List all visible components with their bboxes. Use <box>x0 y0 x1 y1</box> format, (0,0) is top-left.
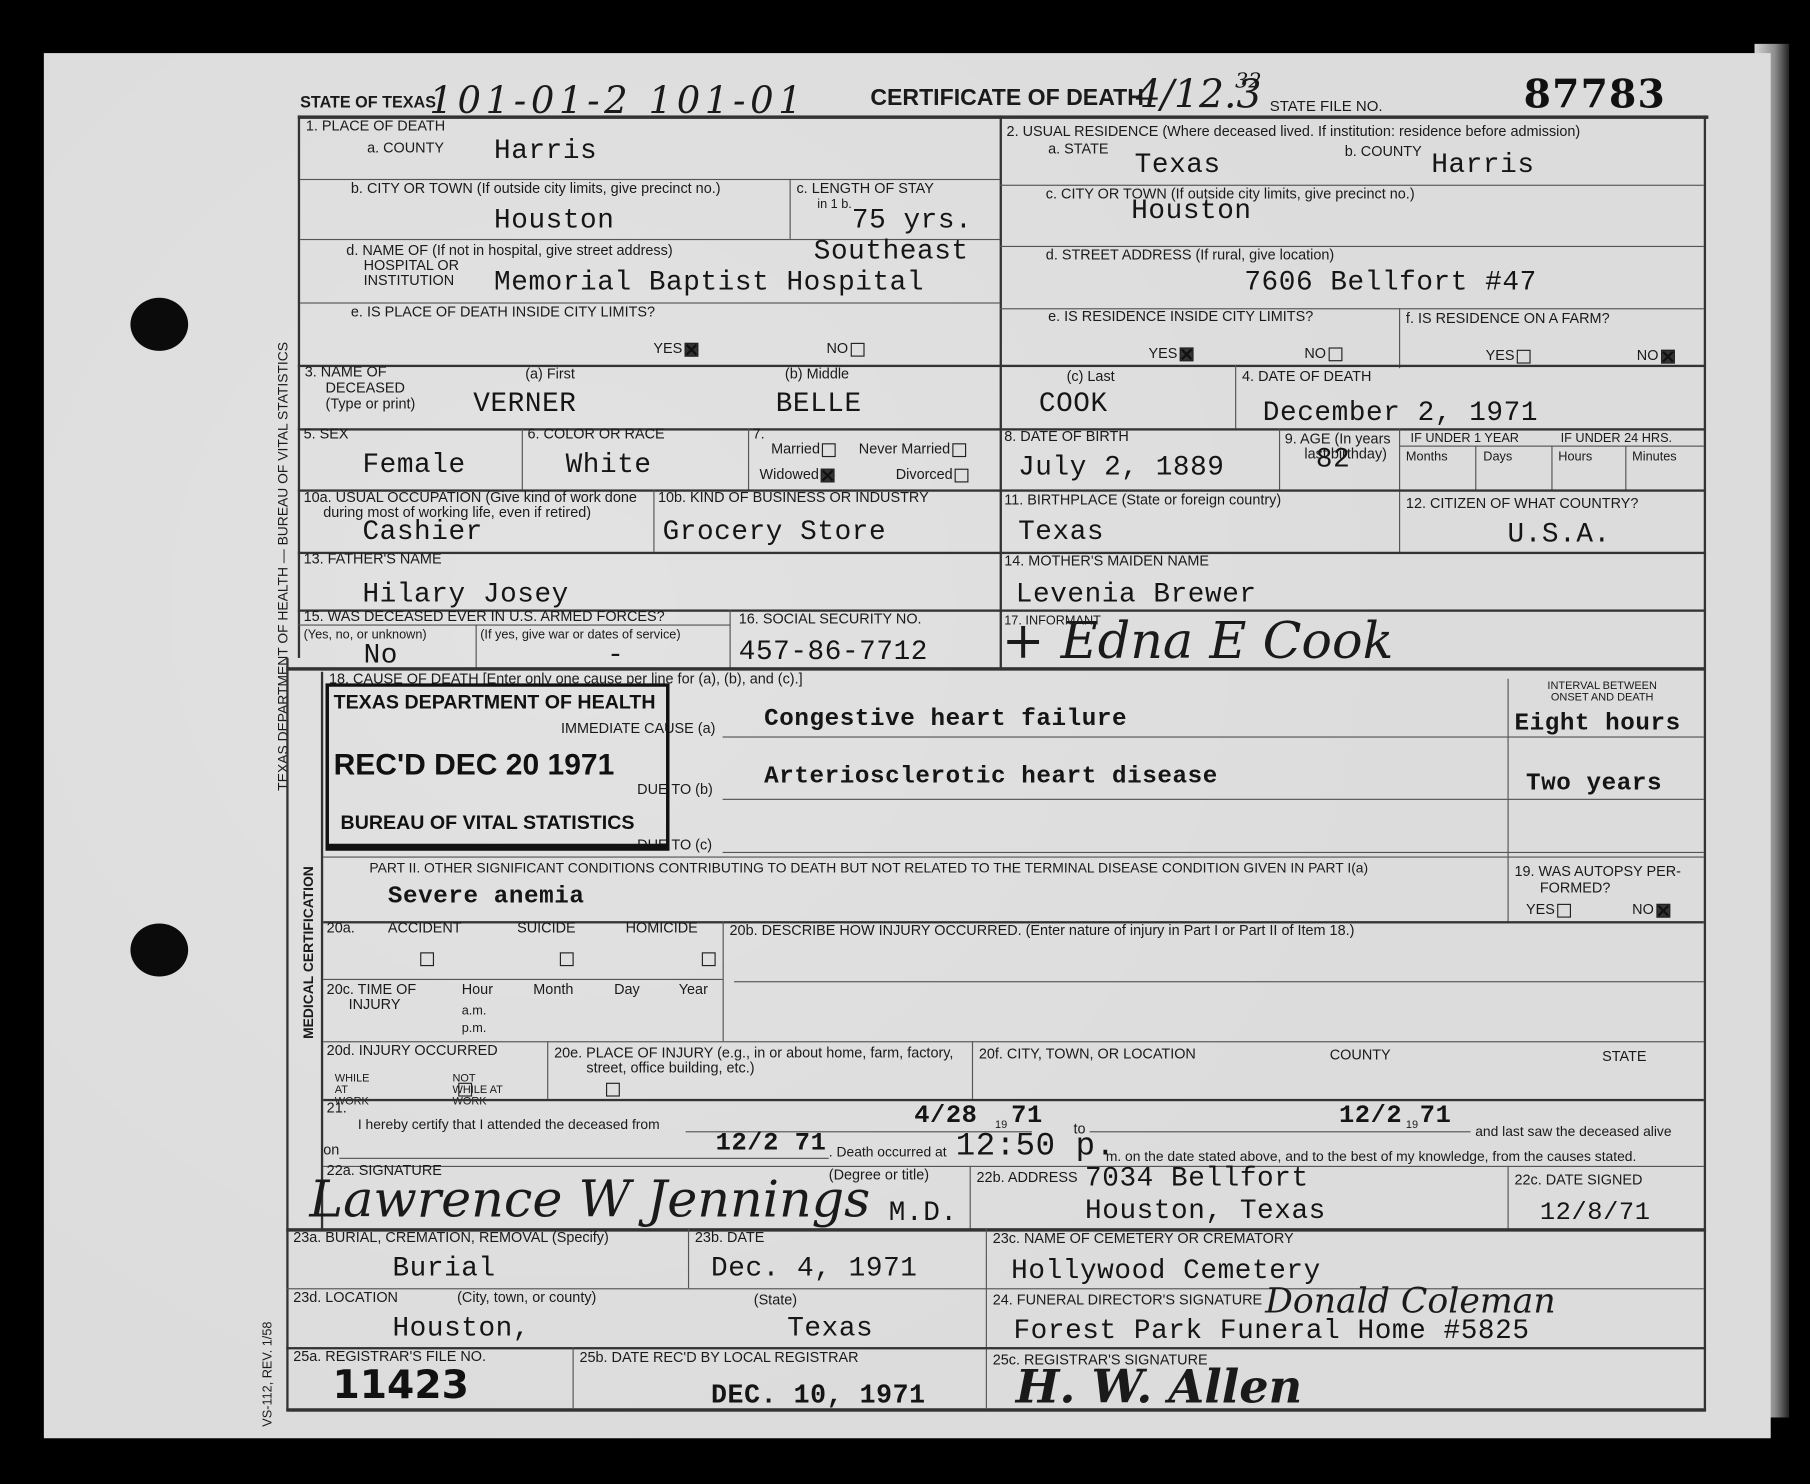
checkbox-checked[interactable] <box>821 468 835 482</box>
marital-label: 7. <box>753 427 765 442</box>
disposition-method-label: 23a. BURIAL, CREMATION, REMOVAL (Specify… <box>293 1230 609 1245</box>
physician-address-2: Houston, Texas <box>1085 1196 1326 1227</box>
rule <box>547 1041 548 1099</box>
dob-label: 8. DATE OF BIRTH <box>1004 429 1129 444</box>
injury-e-label-2: street, office building, etc.) <box>586 1061 754 1076</box>
no-label: NO <box>826 341 848 357</box>
length-of-stay-label: c. LENGTH OF STAY <box>796 181 933 196</box>
physician-degree: M.D. <box>889 1198 958 1229</box>
name-label-2: DECEASED <box>326 381 405 396</box>
injury-f-label: 20f. CITY, TOWN, OR LOCATION <box>979 1047 1196 1062</box>
checkbox[interactable] <box>1557 903 1571 917</box>
occupation: Cashier <box>362 517 482 548</box>
frame-left <box>298 115 300 658</box>
res-county-label: b. COUNTY <box>1345 144 1422 159</box>
race-label: 6. COLOR OR RACE <box>528 427 665 442</box>
last-name-label: (c) Last <box>1067 369 1115 384</box>
death-inside-limits-label: e. IS PLACE OF DEATH INSIDE CITY LIMITS? <box>351 305 655 320</box>
days-label: Days <box>1483 450 1512 465</box>
checkbox[interactable] <box>822 443 836 457</box>
res-farm-label: f. IS RESIDENCE ON A FARM? <box>1406 312 1610 327</box>
birthplace-label: 11. BIRTHPLACE (State or foreign country… <box>1004 493 1281 508</box>
rule <box>323 1166 1704 1167</box>
rule <box>298 428 1706 430</box>
checkbox-checked[interactable] <box>685 342 699 356</box>
rule <box>723 736 1704 737</box>
rule <box>1551 446 1552 491</box>
res-street-label: d. STREET ADDRESS (If rural, give locati… <box>1046 248 1334 263</box>
rule <box>748 428 749 490</box>
under-24-hrs-label: IF UNDER 24 HRS. <box>1561 432 1672 447</box>
physician-signature: Lawrence W Jennings <box>309 1170 870 1229</box>
death-city: Houston <box>494 205 614 236</box>
rule <box>1235 365 1236 430</box>
hospital-name-line1: Southeast <box>814 237 969 268</box>
year-label: Year <box>679 982 708 997</box>
rule <box>1508 1166 1509 1231</box>
injury-state-label: STATE <box>1602 1049 1646 1064</box>
married-label: Married <box>771 441 820 457</box>
handwritten-superscript: 32 <box>1235 69 1261 93</box>
pm-label: p.m. <box>462 1022 487 1037</box>
rule <box>986 1228 987 1408</box>
name-label-3: (Type or print) <box>326 397 416 412</box>
rule <box>1279 428 1280 490</box>
am-label: a.m. <box>462 1004 487 1019</box>
disposition-method: Burial <box>392 1254 495 1285</box>
cert-text-2: and last saw the deceased alive <box>1475 1124 1671 1139</box>
rule <box>298 552 1706 554</box>
rule <box>323 979 722 980</box>
death-time: 12:50 p. <box>956 1129 1116 1165</box>
homicide-checkbox[interactable] <box>702 952 716 966</box>
injury-d-label: 20d. INJURY OCCURRED <box>327 1043 498 1058</box>
citizen: U.S.A. <box>1508 519 1611 550</box>
state-file-number: 87783 <box>1524 72 1666 118</box>
registrar-signature: H. W. Allen <box>1016 1360 1302 1414</box>
rule <box>323 856 1704 857</box>
stay-sub-label: in 1 b. <box>817 197 852 212</box>
physician-address-1: 7034 Bellfort <box>1085 1164 1309 1195</box>
due-to-b: Arteriosclerotic heart disease <box>764 764 1218 791</box>
state-label: STATE OF TEXAS <box>300 95 436 110</box>
citizen-label: 12. CITIZEN OF WHAT COUNTRY? <box>1406 496 1639 511</box>
father-name: Hilary Josey <box>362 579 568 610</box>
rule <box>972 1041 973 1099</box>
autopsy-label-2: FORMED? <box>1540 881 1611 896</box>
state-sub-label: (State) <box>754 1293 797 1308</box>
stamp-bureau: BUREAU OF VITAL STATISTICS <box>341 811 635 834</box>
attended-from-year: 71 <box>1011 1101 1043 1130</box>
no-label: NO <box>1637 347 1659 363</box>
rule <box>298 624 730 625</box>
res-farm-yes[interactable]: YES <box>1486 349 1531 364</box>
rule <box>688 1228 689 1288</box>
interval-a: Eight hours <box>1514 711 1680 738</box>
sex: Female <box>362 450 465 481</box>
res-state: Texas <box>1135 150 1221 181</box>
injury-a-label: 20a. <box>327 921 355 936</box>
disposition-date-label: 23b. DATE <box>695 1230 765 1245</box>
sex-label: 5. SEX <box>304 427 349 442</box>
res-state-label: a. STATE <box>1048 142 1108 157</box>
birthplace: Texas <box>1018 517 1104 548</box>
physician-address-label: 22b. ADDRESS <box>977 1170 1078 1185</box>
attended-from-date: 4/28 <box>914 1101 977 1130</box>
res-farm-no[interactable]: NO <box>1637 349 1675 364</box>
minutes-label: Minutes <box>1632 450 1676 465</box>
date-signed: 12/8/71 <box>1540 1198 1651 1227</box>
interval-label: INTERVAL BETWEEN ONSET AND DEATH <box>1547 681 1658 704</box>
ssn-label: 16. SOCIAL SECURITY NO. <box>739 612 922 627</box>
hospital-name-line2: Memorial Baptist Hospital <box>494 268 924 299</box>
rule <box>1508 679 1509 924</box>
mother-label: 14. MOTHER'S MAIDEN NAME <box>1004 554 1209 569</box>
res-inside-yes[interactable]: YES <box>1149 346 1194 361</box>
date-signed-label: 22c. DATE SIGNED <box>1514 1173 1642 1188</box>
divorced-option[interactable]: Divorced <box>896 467 969 482</box>
age: 82 <box>1316 444 1350 475</box>
father-label: 13. FATHER'S NAME <box>304 552 442 567</box>
rule <box>298 365 1706 367</box>
rule <box>653 489 654 551</box>
middle-name-label: (b) Middle <box>785 367 849 382</box>
location-city: Houston, <box>392 1314 530 1345</box>
never-married-option[interactable]: Never Married <box>859 442 967 457</box>
last-name: COOK <box>1039 389 1108 420</box>
residence-label: 2. USUAL RESIDENCE (Where deceased lived… <box>1007 125 1581 140</box>
yes-label: YES <box>653 341 682 357</box>
stamp-date: REC'D DEC 20 1971 <box>334 747 615 783</box>
part-2-label: PART II. OTHER SIGNIFICANT CONDITIONS CO… <box>369 861 1368 876</box>
hour-label: Hour <box>462 982 493 997</box>
no-label: NO <box>1304 345 1326 361</box>
immediate-cause: Congestive heart failure <box>764 706 1127 733</box>
year-prefix: 19 <box>1406 1120 1418 1132</box>
checkbox-checked[interactable] <box>1180 347 1194 361</box>
mother-name: Levenia Brewer <box>1016 579 1257 610</box>
day-label: Day <box>614 982 640 997</box>
state-file-label: STATE FILE NO. <box>1270 98 1383 113</box>
date-of-death-label: 4. DATE OF DEATH <box>1242 369 1371 384</box>
checkbox-checked[interactable] <box>1656 903 1670 917</box>
autopsy-yes[interactable]: YES <box>1526 903 1571 918</box>
ssn: 457-86-7712 <box>739 637 928 668</box>
res-county: Harris <box>1431 150 1534 181</box>
rule <box>734 981 1704 982</box>
armed-sub-label-2: (If yes, give war or dates of service) <box>480 628 680 643</box>
frame-bottom <box>286 1408 1706 1411</box>
rule <box>522 428 523 490</box>
form-revision: VS-112, REV. 1/58 <box>261 1322 275 1427</box>
death-inside-yes[interactable]: YES <box>653 342 698 357</box>
res-city: Houston <box>1131 196 1251 227</box>
injury-e-label: 20e. PLACE OF INJURY (e.g., in or about … <box>554 1046 953 1061</box>
death-county: Harris <box>494 136 597 167</box>
checkbox-checked[interactable] <box>1661 349 1675 363</box>
injury-c-label: 20c. TIME OF <box>327 982 417 997</box>
yes-label: YES <box>1486 347 1515 363</box>
punch-hole <box>130 298 188 351</box>
res-inside-limits-label: e. IS RESIDENCE INSIDE CITY LIMITS? <box>1048 309 1313 324</box>
stamp-dept: TEXAS DEPARTMENT OF HEALTH <box>334 691 656 714</box>
checkbox[interactable] <box>955 468 969 482</box>
medical-certification-label: MEDICAL CERTIFICATION <box>300 866 316 1039</box>
hospital-label-2: HOSPITAL OR <box>364 259 459 274</box>
last-seen-date: 12/2 71 <box>716 1129 827 1158</box>
armed-forces-label: 15. WAS DECEASED EVER IN U.S. ARMED FORC… <box>304 609 665 624</box>
res-street: 7606 Bellfort #47 <box>1244 268 1536 299</box>
not-while-at-work-checkbox[interactable] <box>606 1082 620 1096</box>
first-name-label: (a) First <box>525 367 575 382</box>
informant-signature: + Edna E Cook <box>1002 612 1393 671</box>
homicide-label: HOMICIDE <box>626 921 698 936</box>
business-label: 10b. KIND OF BUSINESS OR INDUSTRY <box>658 491 929 506</box>
widowed-option[interactable]: Widowed <box>760 467 836 482</box>
occupation-label: 10a. USUAL OCCUPATION (Give kind of work… <box>304 491 637 506</box>
suicide-checkbox[interactable] <box>560 952 574 966</box>
no-label: NO <box>1632 902 1654 918</box>
middle-name: BELLE <box>776 389 862 420</box>
checkbox[interactable] <box>850 342 864 356</box>
date-of-birth: July 2, 1889 <box>1018 452 1224 483</box>
col-divider <box>1000 115 1002 669</box>
months-label: Months <box>1406 450 1448 465</box>
rule <box>1625 446 1626 491</box>
location-label: 23d. LOCATION <box>293 1291 398 1306</box>
location-state: Texas <box>787 1314 873 1345</box>
rule <box>1090 1131 1471 1132</box>
res-inside-no[interactable]: NO <box>1304 346 1342 361</box>
frame-left-lower <box>286 658 288 1411</box>
race: White <box>566 450 652 481</box>
attended-to-year: 71 <box>1420 1101 1452 1130</box>
name-label: 3. NAME OF <box>305 365 387 380</box>
cemetery-label: 23c. NAME OF CEMETERY OR CREMATORY <box>993 1232 1294 1247</box>
rule <box>339 1158 828 1159</box>
received-stamp: TEXAS DEPARTMENT OF HEALTH REC'D DEC 20 … <box>326 683 670 850</box>
accident-checkbox[interactable] <box>420 952 434 966</box>
month-label: Month <box>533 982 573 997</box>
length-of-stay: 75 yrs. <box>852 205 972 236</box>
punch-hole <box>130 923 188 976</box>
date-of-death: December 2, 1971 <box>1263 398 1538 429</box>
cert-text-1: I hereby certify that I attended the dec… <box>358 1117 660 1132</box>
checkbox[interactable] <box>953 443 967 457</box>
death-inside-no[interactable]: NO <box>826 342 864 357</box>
death-occurred-label: . Death occurred at <box>829 1145 947 1160</box>
part-2-conditions: Severe anemia <box>388 884 585 911</box>
autopsy-label: 19. WAS AUTOPSY PER- <box>1514 865 1681 880</box>
injury-county-label: COUNTY <box>1330 1048 1391 1063</box>
accident-label: ACCIDENT <box>388 921 462 936</box>
cert-text-3: m. on the date stated above, and to the … <box>1106 1150 1637 1165</box>
not-while-at-work-label: NOT WHILE AT WORK <box>452 1073 512 1108</box>
place-of-death-label: 1. PLACE OF DEATH <box>306 119 445 134</box>
rule <box>723 799 1704 800</box>
rule <box>723 921 724 1041</box>
widowed-label: Widowed <box>760 466 819 482</box>
injury-c-label-2: INJURY <box>349 997 401 1012</box>
funeral-home: Forest Park Funeral Home #5825 <box>1013 1316 1529 1347</box>
suicide-label: SUICIDE <box>517 921 576 936</box>
interval-b: Two years <box>1526 771 1662 798</box>
registrar-date: DEC. 10, 1971 <box>711 1381 926 1411</box>
frame-top <box>298 115 1709 118</box>
under-1-year-label: IF UNDER 1 YEAR <box>1411 432 1519 447</box>
first-name: VERNER <box>473 389 576 420</box>
registrar-date-label: 25b. DATE REC'D BY LOCAL REGISTRAR <box>579 1351 858 1366</box>
hours-label: Hours <box>1558 450 1592 465</box>
autopsy-no[interactable]: NO <box>1632 903 1670 918</box>
injury-b-label: 20b. DESCRIBE HOW INJURY OCCURRED. (Ente… <box>730 923 1355 938</box>
hospital-label-3: INSTITUTION <box>364 274 455 289</box>
attended-to-date: 12/2 <box>1339 1101 1402 1130</box>
on-label: on <box>323 1143 339 1158</box>
funeral-director-label: 24. FUNERAL DIRECTOR'S SIGNATURE <box>993 1293 1262 1308</box>
rule <box>1399 308 1400 368</box>
death-city-label: b. CITY OR TOWN (If outside city limits,… <box>351 181 721 196</box>
yes-label: YES <box>1149 345 1178 361</box>
divorced-label: Divorced <box>896 466 953 482</box>
location-sub-label: (City, town, or county) <box>457 1291 596 1306</box>
rule <box>573 1347 574 1408</box>
checkbox[interactable] <box>1328 347 1342 361</box>
rule <box>323 1041 1704 1042</box>
business: Grocery Store <box>663 517 887 548</box>
rule <box>730 609 731 668</box>
checkbox[interactable] <box>1517 349 1531 363</box>
cert-number: 21. <box>327 1101 347 1116</box>
never-married-label: Never Married <box>859 441 950 457</box>
frame-right <box>1704 115 1706 1410</box>
rule <box>723 852 1704 853</box>
hospital-label: d. NAME OF (If not in hospital, give str… <box>346 244 672 259</box>
disposition-date: Dec. 4, 1971 <box>711 1254 917 1285</box>
registrar-file-number: 11423 <box>332 1362 469 1408</box>
certificate-title: CERTIFICATE OF DEATH <box>870 87 1144 110</box>
county-label: a. COUNTY <box>367 141 444 156</box>
rule <box>790 179 791 239</box>
rule <box>476 624 477 668</box>
yes-label: YES <box>1526 902 1555 918</box>
rule <box>1475 446 1476 491</box>
married-option[interactable]: Married <box>771 442 836 457</box>
rule <box>970 1166 971 1231</box>
rule <box>286 1347 1706 1349</box>
